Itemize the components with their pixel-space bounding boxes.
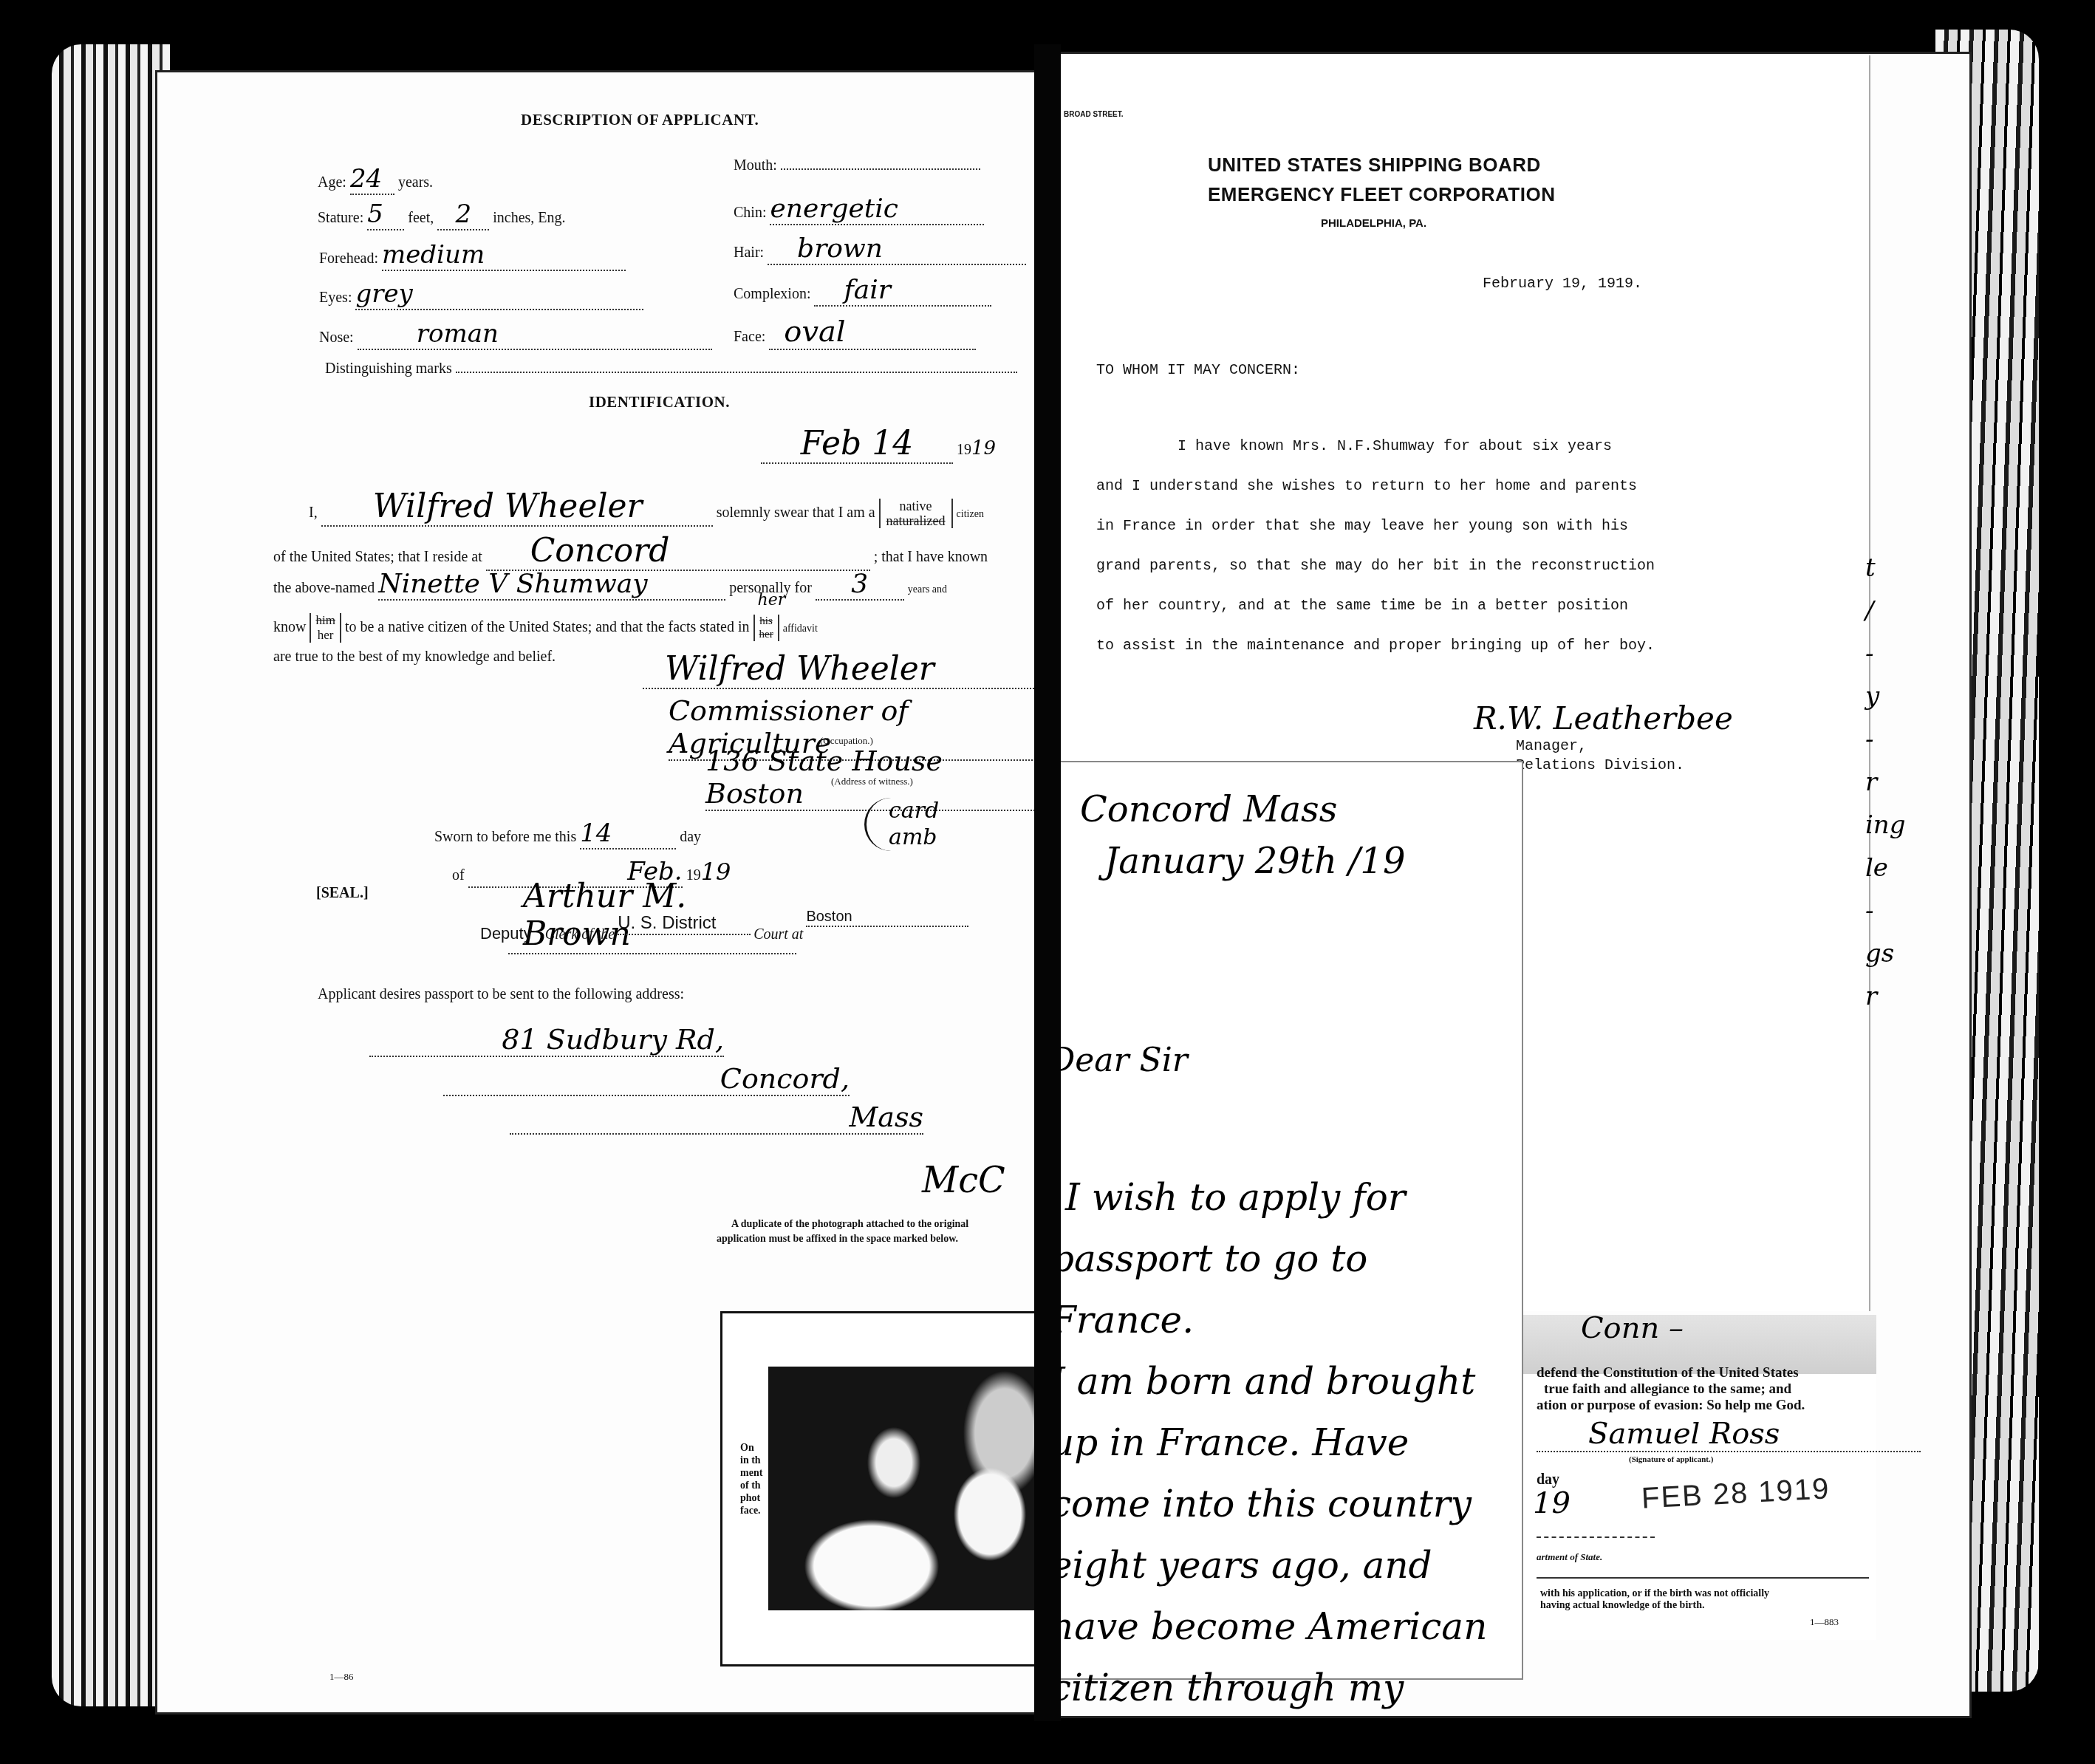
hair-field: Hair: brown — [734, 233, 1026, 265]
oath-year-hand: 19 — [1533, 1486, 1571, 1520]
margin-note: card amb — [864, 798, 992, 851]
age-field: Age: 24 years. — [318, 164, 433, 195]
stature-field: Stature: 5 feet, 2 inches, Eng. — [318, 199, 566, 230]
mouth-value — [781, 168, 980, 170]
oath-text: defend the Constitution of the United St… — [1537, 1365, 1805, 1414]
photo-note-line-2: application must be affixed in the space… — [717, 1234, 958, 1245]
hair-value: brown — [768, 233, 1026, 265]
face-field: Face: oval — [734, 315, 976, 350]
oath-divider — [1537, 1577, 1869, 1579]
complexion-field: Complexion: fair — [734, 275, 991, 307]
pronoun-choice: him her — [310, 613, 341, 643]
book-spine — [1034, 44, 1061, 1721]
affidavit-pronoun-choice: her his her — [753, 615, 779, 641]
letter-body: I have known Mrs. N.F.Shumway for about … — [1096, 427, 1655, 666]
citizenship-choice: native naturalized — [879, 499, 953, 528]
applicant-photo — [768, 1367, 1034, 1610]
note-place: Concord Mass — [1080, 789, 1337, 830]
mailing-line-1: 81 Sudbury Rd, — [369, 1023, 724, 1057]
mailing-line-3: Mass — [510, 1101, 923, 1135]
applicant-name-value: Ninette V Shumway — [378, 569, 725, 601]
left-page-edges — [52, 44, 170, 1706]
oath-line-4: know him her to be a native citizen of t… — [273, 613, 818, 643]
oath-footer: with his application, or if the birth wa… — [1540, 1588, 1769, 1612]
letter-signature: R.W. Leatherbee — [1474, 700, 1733, 736]
photo-note-line-1: A duplicate of the photograph attached t… — [731, 1219, 968, 1231]
age-value: 24 — [350, 164, 394, 195]
eyes-value: grey — [355, 279, 643, 310]
mouth-field: Mouth: — [734, 157, 980, 174]
complexion-value: fair — [814, 275, 991, 307]
nose-field: Nose: roman — [319, 319, 712, 350]
applicant-signature: Samuel Ross — [1537, 1417, 1921, 1452]
description-heading: DESCRIPTION OF APPLICANT. — [521, 111, 759, 129]
department-label: artment of State. — [1537, 1551, 1602, 1563]
oath-top-handwriting: Conn – — [1581, 1311, 1684, 1345]
note-body: I wish to apply for passport to go to Fr… — [1050, 1167, 1487, 1719]
letter-salutation: TO WHOM IT MAY CONCERN: — [1096, 351, 1300, 391]
distinguishing-marks-value — [456, 372, 1017, 373]
signature-caption: (Signature of applicant.) — [1629, 1455, 1713, 1464]
witness-name: Wilfred Wheeler — [321, 488, 713, 527]
eyes-field: Eyes: grey — [319, 279, 643, 310]
right-form-number: 1—883 — [1810, 1616, 1839, 1628]
nose-value: roman — [358, 319, 712, 350]
seal-label: [SEAL.] — [316, 885, 369, 902]
oath-line-2: of the United States; that I reside at C… — [273, 532, 988, 571]
belief-statement: are true to the best of my knowledge and… — [273, 649, 556, 666]
court-name: U. S. District — [618, 913, 751, 935]
years-known-value: 3 — [816, 569, 904, 601]
oath-dept-line — [1537, 1536, 1655, 1538]
oath-line-3: the above-named Ninette V Shumway person… — [273, 569, 947, 601]
stature-inches-value: 2 — [437, 199, 489, 230]
initials: McC — [922, 1160, 1005, 1201]
identification-heading: IDENTIFICATION. — [589, 393, 730, 411]
identification-date: Feb 14 1919 — [761, 425, 996, 464]
note-salutation: Dear Sir — [1049, 1042, 1188, 1079]
clerk-line: Deputy Clerk of the U. S. District Court… — [480, 923, 968, 946]
mailing-prompt: Applicant desires passport to be sent to… — [318, 986, 684, 1003]
chin-field: Chin: energetic — [734, 194, 984, 225]
letter-signer-title: Manager, Relations Division. — [1516, 737, 1684, 776]
note-date: January 29th /19 — [1104, 841, 1405, 882]
photo-side-text: On in th ment of th phot face. — [740, 1442, 762, 1517]
right-margin-fragments: t / - y - r ing le - gs r — [1865, 547, 1906, 1018]
distinguishing-marks-field: Distinguishing marks — [325, 360, 1017, 377]
sworn-line: Sworn to before me this 14 day — [434, 818, 701, 849]
court-city: Boston — [806, 909, 968, 927]
forehead-value: medium — [382, 240, 626, 271]
letterhead-org-2: EMERGENCY FLEET CORPORATION — [1208, 183, 1555, 206]
oath-line-1: I, Wilfred Wheeler solemnly swear that I… — [309, 488, 984, 528]
residence-value: Concord — [486, 532, 870, 571]
stature-feet-value: 5 — [367, 199, 404, 230]
witness-signature: Wilfred Wheeler — [643, 650, 1064, 689]
chin-value: energetic — [770, 194, 984, 225]
left-form-number: 1—86 — [329, 1671, 354, 1683]
letterhead-city: PHILADELPHIA, PA. — [1321, 217, 1426, 230]
letter-date: February 19, 1919. — [1483, 264, 1642, 304]
forehead-field: Forehead: medium — [319, 240, 626, 271]
letterhead-org-1: UNITED STATES SHIPPING BOARD — [1208, 154, 1541, 177]
mailing-line-2: Concord, — [443, 1062, 850, 1096]
face-value: oval — [769, 315, 976, 350]
sworn-day-value: 14 — [580, 818, 676, 849]
letterhead-street: BROAD STREET. — [1064, 111, 1124, 119]
address-caption: (Address of witness.) — [831, 776, 913, 787]
